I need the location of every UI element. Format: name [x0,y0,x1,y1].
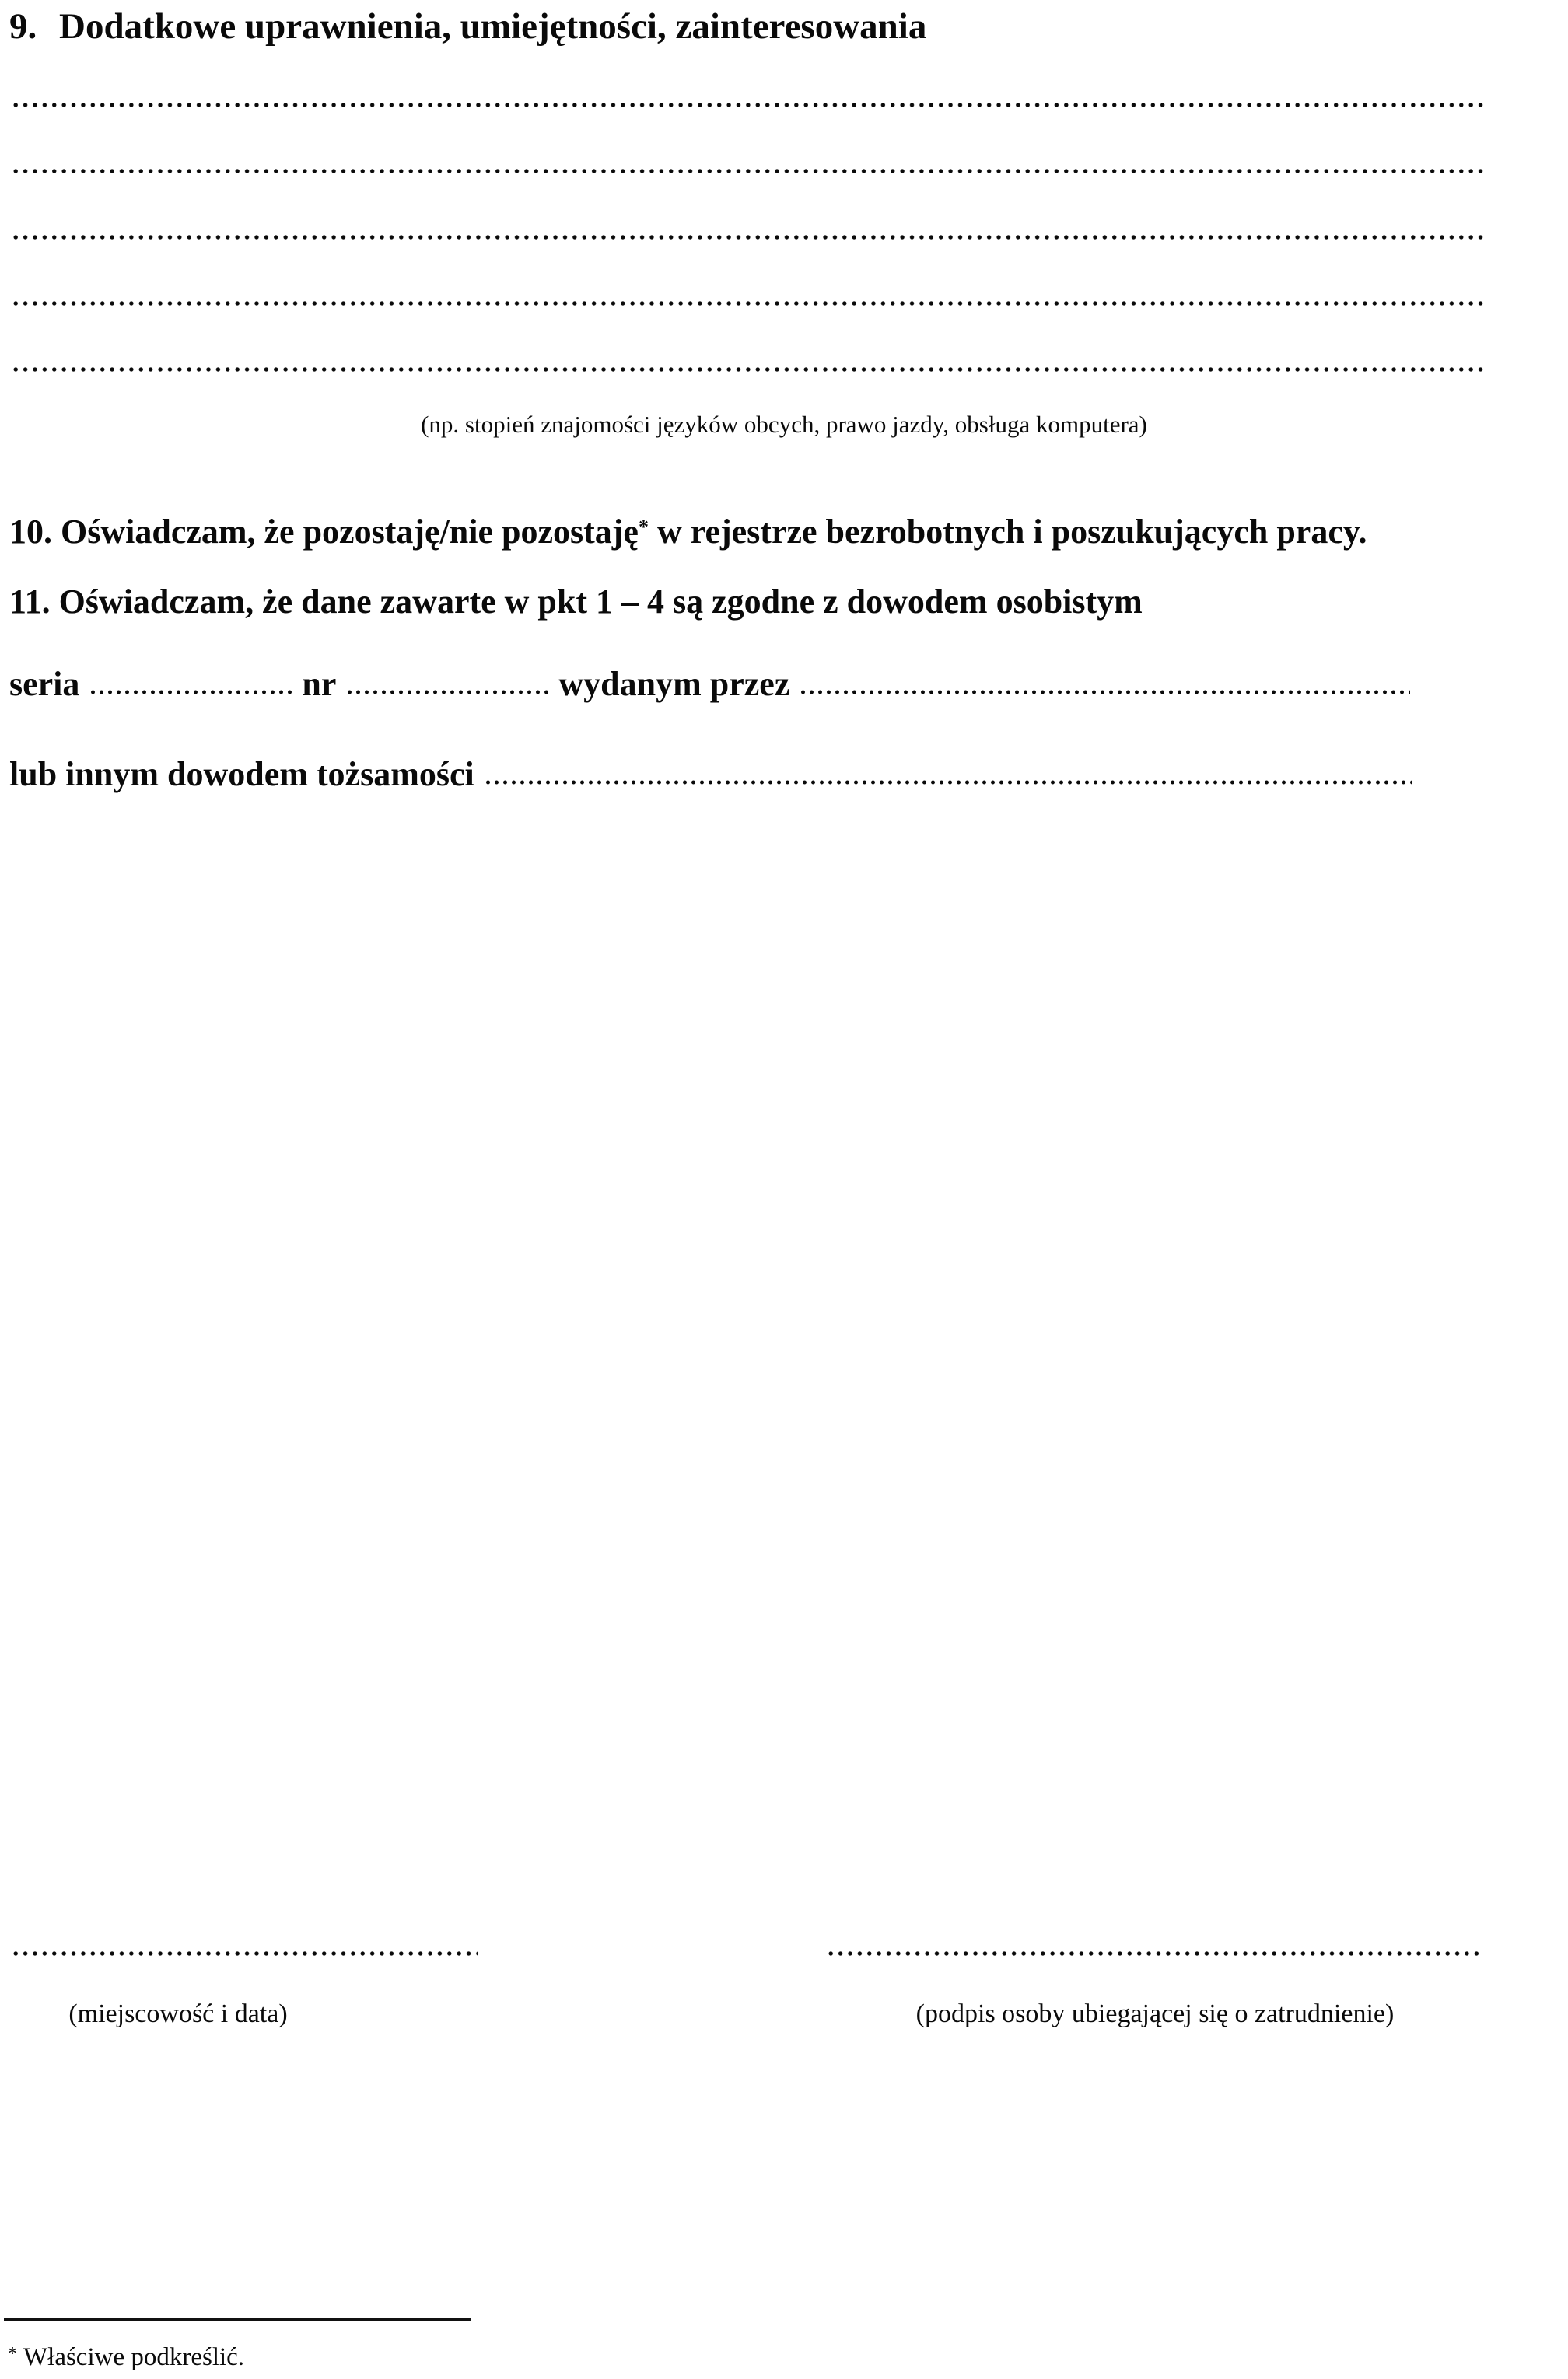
signature-label: (podpis osoby ubiegającej się o zatrudni… [826,1996,1484,2033]
section-9-answer-line-5[interactable] [11,366,1486,373]
other-id-row: lub innym dowodem tożsamości [9,751,1422,798]
other-id-field[interactable] [484,779,1412,785]
footnote-text: Właściwe podkreślić. [23,2343,244,2371]
footnote: *Właściwe podkreślić. [8,2339,244,2375]
section-9-answer-line-3[interactable] [11,234,1486,240]
series-label: seria [9,661,79,708]
number-label: nr [302,661,336,708]
other-id-label: lub innym dowodem tożsamości [9,751,474,798]
section-9-hint: (np. stopień znajomości języków obcych, … [0,408,1568,442]
issued-by-field[interactable] [799,689,1410,695]
place-date-label: (miejscowość i data) [11,1996,345,2033]
issued-by-label: wydanym przez [558,661,789,708]
section-9-answer-line-1[interactable] [11,102,1486,108]
footnote-marker: * [8,2344,17,2364]
section-9-answer-line-2[interactable] [11,168,1486,174]
section-11-number: 11. [9,583,51,621]
section-9-title: Dodatkowe uprawnienia, umiejętności, zai… [59,6,926,47]
number-field[interactable] [345,689,549,695]
section-10-text-before: Oświadczam, że pozostaję/nie pozostaję [61,513,639,551]
section-11-statement: 11. Oświadczam, że dane zawarte w pkt 1 … [9,580,1143,624]
section-11-text: Oświadczam, że dane zawarte w pkt 1 – 4 … [59,583,1143,621]
section-10-statement: 10. Oświadczam, że pozostaję/nie pozosta… [9,510,1367,554]
section-9-number: 9. [9,3,59,50]
footnote-divider [4,2318,471,2321]
signature-field[interactable] [826,1950,1484,1957]
series-field[interactable] [89,689,292,695]
place-date-field[interactable] [11,1950,478,1957]
id-document-row: seria nr wydanym przez [9,661,1419,708]
section-10-text-after: w rejestrze bezrobotnych i poszukujących… [657,513,1367,551]
section-10-number: 10. [9,513,52,551]
section-9-heading: 9.Dodatkowe uprawnienia, umiejętności, z… [9,3,926,50]
section-9-answer-line-4[interactable] [11,300,1486,306]
footnote-marker-ref: * [639,516,649,538]
